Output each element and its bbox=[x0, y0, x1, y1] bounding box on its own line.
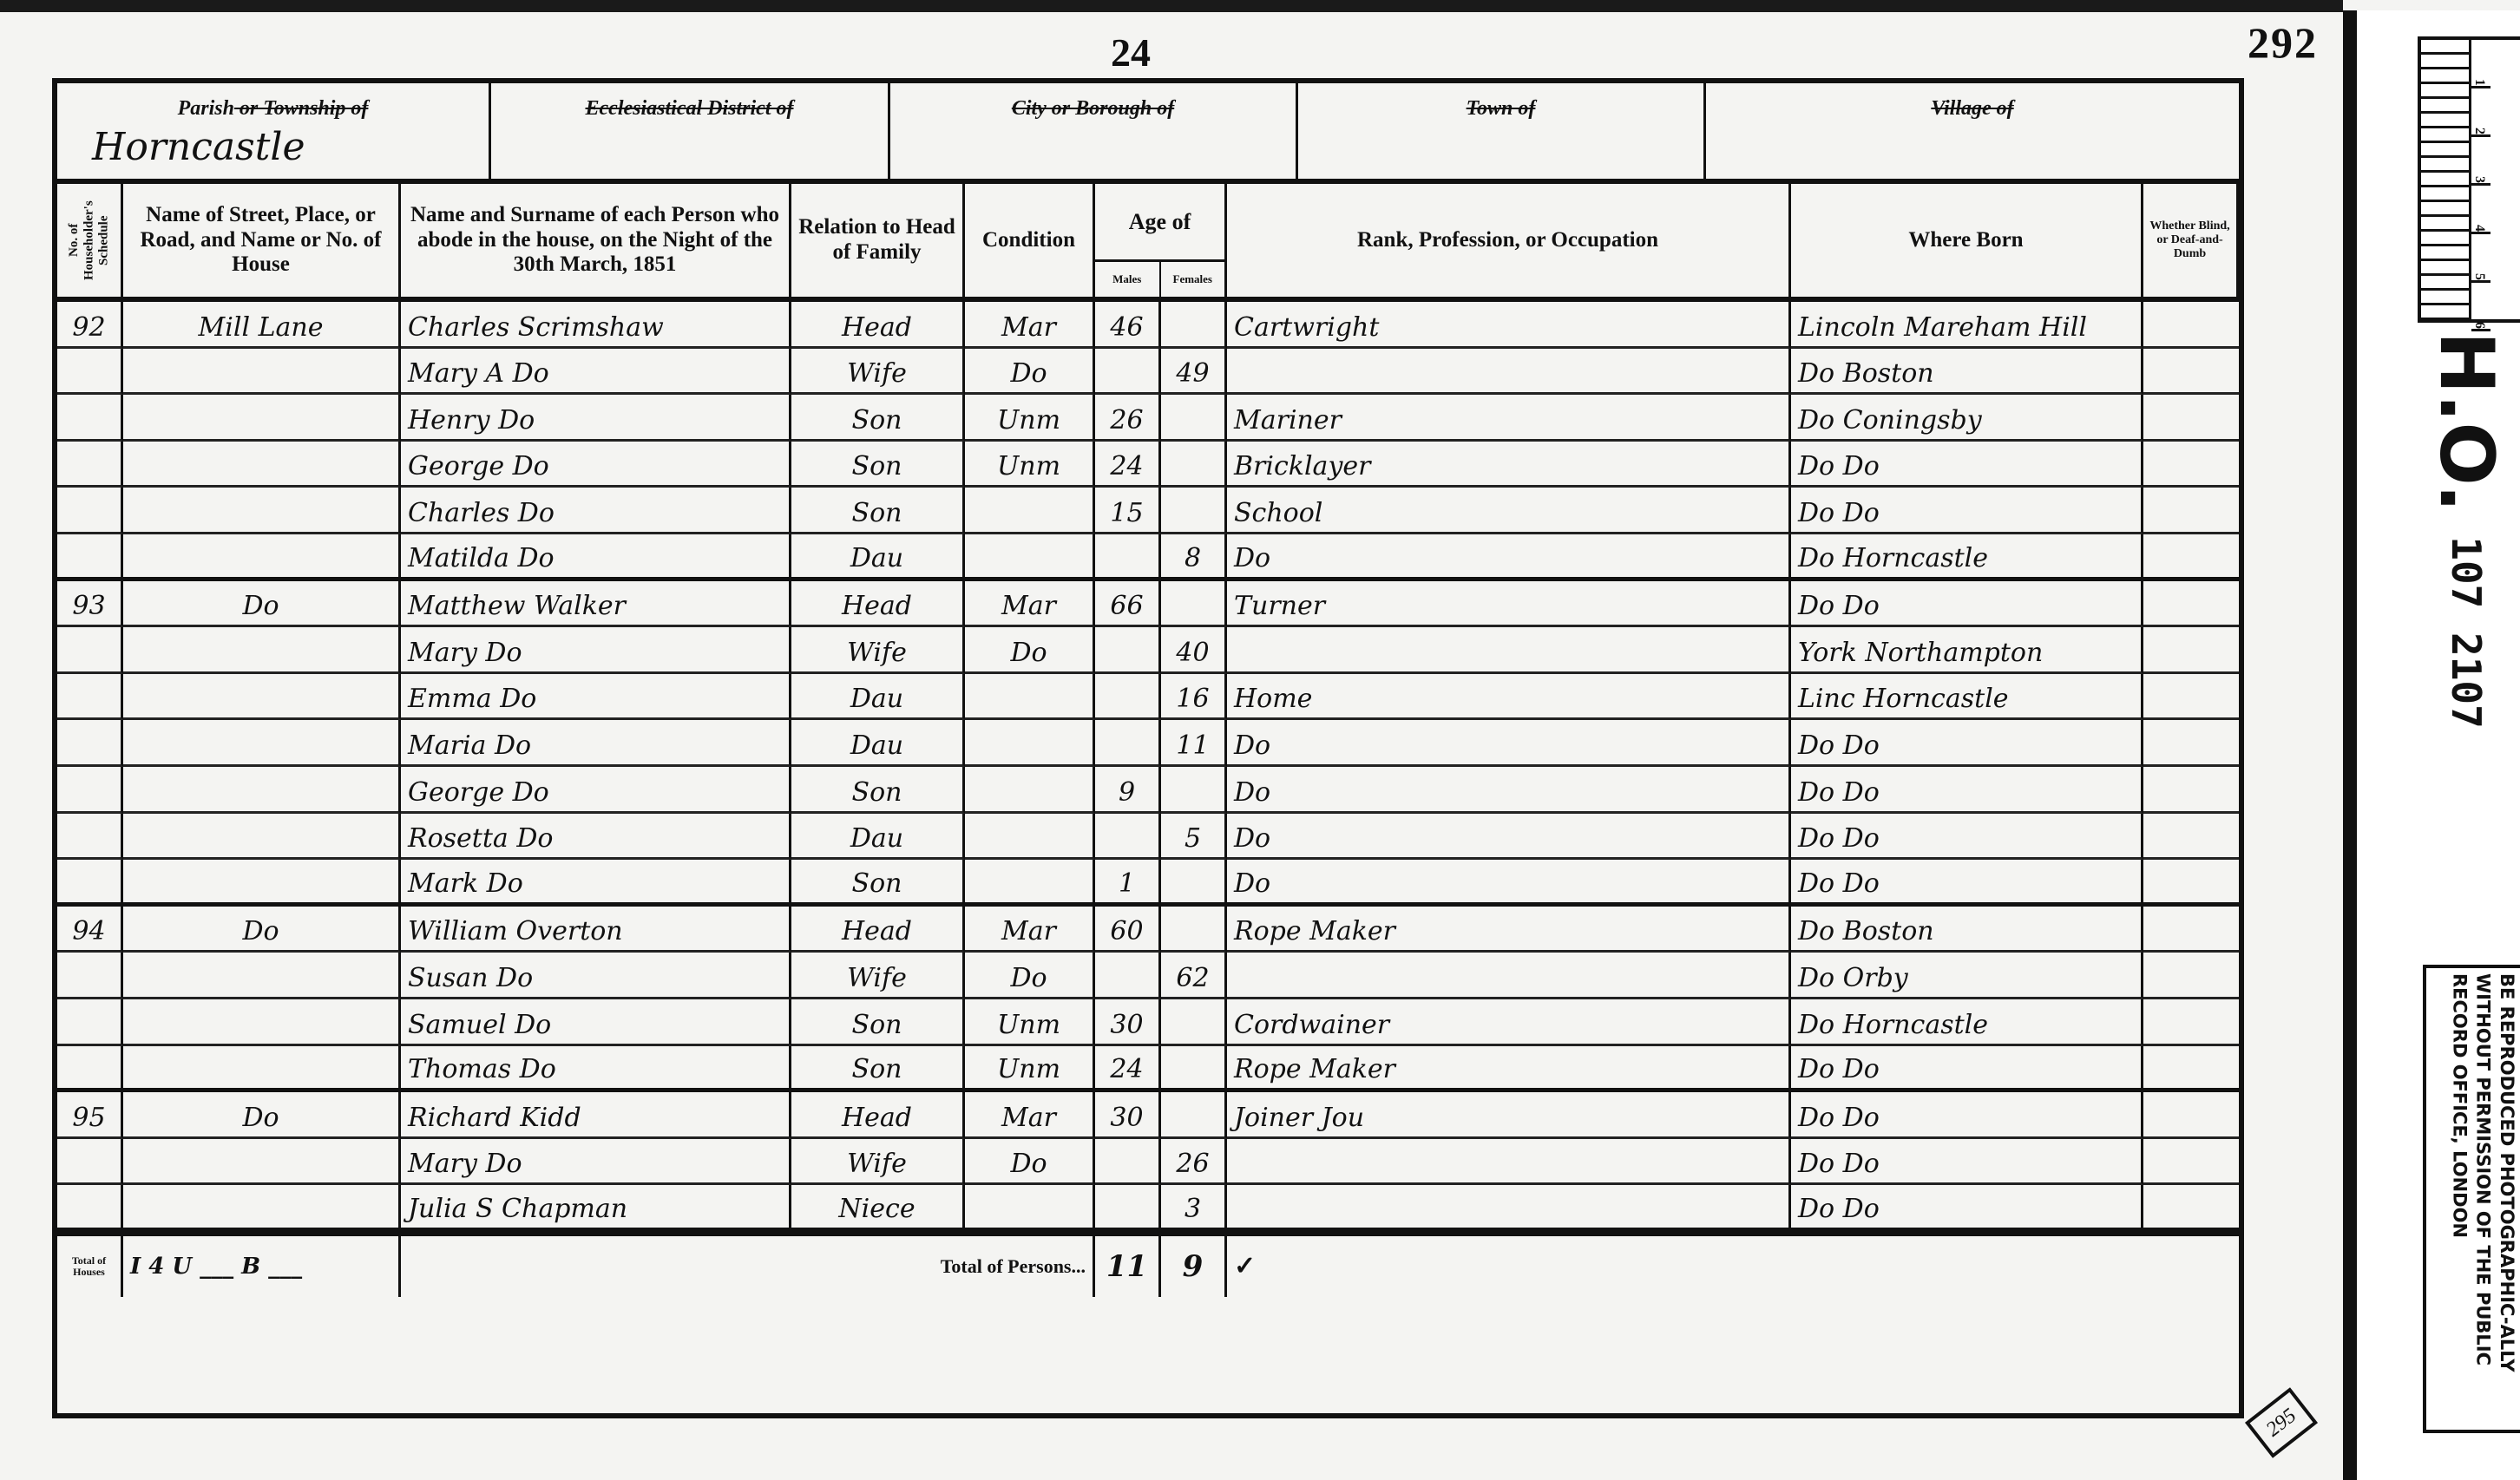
row-street: Mill Lane bbox=[123, 302, 401, 349]
row-schedule bbox=[57, 442, 123, 488]
row-occupation: Do bbox=[1227, 767, 1791, 814]
row-street bbox=[123, 1185, 401, 1232]
row-relation: Son bbox=[791, 442, 965, 488]
row-condition: Do bbox=[965, 349, 1095, 396]
row-condition: Mar bbox=[965, 302, 1095, 349]
row-condition: Do bbox=[965, 627, 1095, 674]
col-age-females-header: Females bbox=[1161, 262, 1225, 297]
row-occupation: Cordwainer bbox=[1227, 999, 1791, 1046]
row-relation: Head bbox=[791, 1092, 965, 1139]
row-relation: Head bbox=[791, 907, 965, 953]
row-occupation bbox=[1227, 627, 1791, 674]
row-occupation: School bbox=[1227, 488, 1791, 534]
row-blind bbox=[2143, 1046, 2239, 1093]
row-blind bbox=[2143, 1139, 2239, 1186]
row-age-female: 16 bbox=[1161, 674, 1227, 721]
row-schedule bbox=[57, 1046, 123, 1093]
row-schedule bbox=[57, 1185, 123, 1232]
row-age-female: 3 bbox=[1161, 1185, 1227, 1232]
row-blind bbox=[2143, 674, 2239, 721]
row-street: Do bbox=[123, 907, 401, 953]
row-name: Matilda Do bbox=[401, 534, 791, 581]
row-schedule bbox=[57, 999, 123, 1046]
ecclesiastical-district-field: Ecclesiastical District of bbox=[491, 83, 890, 179]
row-name: Mary A Do bbox=[401, 349, 791, 396]
row-occupation: Turner bbox=[1227, 581, 1791, 628]
row-blind bbox=[2143, 907, 2239, 953]
row-age-female: 11 bbox=[1161, 720, 1227, 767]
row-condition bbox=[965, 1185, 1095, 1232]
row-street bbox=[123, 953, 401, 999]
row-blind bbox=[2143, 814, 2239, 861]
village-label: Village of bbox=[1706, 97, 2239, 121]
row-blind bbox=[2143, 767, 2239, 814]
town-label: Town of bbox=[1298, 97, 1703, 121]
row-name: Mark Do bbox=[401, 860, 791, 907]
col-age-header: Age of Males Females bbox=[1095, 184, 1227, 302]
row-age-male bbox=[1095, 674, 1161, 721]
scale-ruler: 123456 bbox=[2418, 36, 2520, 323]
row-where-born: Do Do bbox=[1791, 767, 2143, 814]
row-relation: Dau bbox=[791, 720, 965, 767]
total-houses-value: I 4 U ___ B ___ bbox=[123, 1236, 401, 1297]
row-age-female bbox=[1161, 302, 1227, 349]
row-condition bbox=[965, 767, 1095, 814]
row-occupation: Do bbox=[1227, 814, 1791, 861]
row-street bbox=[123, 860, 401, 907]
col-occupation-header: Rank, Profession, or Occupation bbox=[1227, 184, 1791, 302]
row-street bbox=[123, 814, 401, 861]
row-condition: Unm bbox=[965, 999, 1095, 1046]
row-relation: Wife bbox=[791, 627, 965, 674]
row-where-born: Do Do bbox=[1791, 1046, 2143, 1093]
totals-row: Total of Houses I 4 U ___ B ___ Total of… bbox=[57, 1232, 2239, 1297]
folio-number: 292 bbox=[2248, 17, 2318, 68]
row-occupation bbox=[1227, 953, 1791, 999]
row-condition: Mar bbox=[965, 581, 1095, 628]
row-blind bbox=[2143, 1092, 2239, 1139]
row-name: Susan Do bbox=[401, 953, 791, 999]
row-street bbox=[123, 674, 401, 721]
row-blind bbox=[2143, 395, 2239, 442]
row-schedule bbox=[57, 627, 123, 674]
row-condition: Mar bbox=[965, 1092, 1095, 1139]
row-condition bbox=[965, 534, 1095, 581]
row-age-male bbox=[1095, 814, 1161, 861]
row-blind bbox=[2143, 442, 2239, 488]
row-schedule: 94 bbox=[57, 907, 123, 953]
row-condition: Do bbox=[965, 953, 1095, 999]
col-schedule-header: No. of Householder's Schedule bbox=[57, 184, 123, 302]
ruler-mark: 5 bbox=[2471, 234, 2490, 283]
row-condition: Unm bbox=[965, 395, 1095, 442]
census-form: Parish or Township of Horncastle Ecclesi… bbox=[52, 78, 2244, 1418]
archive-reference: H.O. 107 2107 bbox=[2423, 331, 2510, 729]
row-name: George Do bbox=[401, 767, 791, 814]
row-name: Matthew Walker bbox=[401, 581, 791, 628]
row-blind bbox=[2143, 534, 2239, 581]
row-where-born: Do Do bbox=[1791, 814, 2143, 861]
row-blind bbox=[2143, 860, 2239, 907]
row-relation: Dau bbox=[791, 814, 965, 861]
row-name: Mary Do bbox=[401, 1139, 791, 1186]
row-age-male: 1 bbox=[1095, 860, 1161, 907]
ruler-mark: 2 bbox=[2471, 88, 2490, 137]
scan-top-border bbox=[0, 0, 2343, 12]
row-age-male bbox=[1095, 720, 1161, 767]
township-label-struck: or Township of bbox=[234, 97, 369, 120]
row-relation: Wife bbox=[791, 349, 965, 396]
row-where-born: Do Do bbox=[1791, 1092, 2143, 1139]
row-name: Charles Scrimshaw bbox=[401, 302, 791, 349]
row-where-born: Linc Horncastle bbox=[1791, 674, 2143, 721]
row-where-born: Lincoln Mareham Hill bbox=[1791, 302, 2143, 349]
row-schedule bbox=[57, 674, 123, 721]
row-where-born: Do Orby bbox=[1791, 953, 2143, 999]
row-schedule bbox=[57, 953, 123, 999]
row-age-female: 8 bbox=[1161, 534, 1227, 581]
row-blind bbox=[2143, 627, 2239, 674]
row-schedule bbox=[57, 767, 123, 814]
archive-reference-strip: 123456 H.O. 107 2107 BE REPRODUCED PHOTO… bbox=[2343, 10, 2520, 1480]
row-condition: Unm bbox=[965, 442, 1095, 488]
row-occupation: Cartwright bbox=[1227, 302, 1791, 349]
row-occupation bbox=[1227, 1185, 1791, 1232]
ruler-mark: 4 bbox=[2471, 186, 2490, 234]
row-schedule bbox=[57, 488, 123, 534]
row-condition bbox=[965, 674, 1095, 721]
row-condition bbox=[965, 488, 1095, 534]
row-street bbox=[123, 720, 401, 767]
row-blind bbox=[2143, 302, 2239, 349]
row-schedule bbox=[57, 720, 123, 767]
row-name: Samuel Do bbox=[401, 999, 791, 1046]
row-name: Emma Do bbox=[401, 674, 791, 721]
row-occupation: Do bbox=[1227, 860, 1791, 907]
row-name: William Overton bbox=[401, 907, 791, 953]
row-name: Richard Kidd bbox=[401, 1092, 791, 1139]
city-borough-label: City or Borough of bbox=[890, 97, 1296, 121]
row-age-male: 66 bbox=[1095, 581, 1161, 628]
row-age-female bbox=[1161, 581, 1227, 628]
row-age-female: 40 bbox=[1161, 627, 1227, 674]
row-street bbox=[123, 1046, 401, 1093]
row-where-born: Do Do bbox=[1791, 1185, 2143, 1232]
row-occupation bbox=[1227, 1139, 1791, 1186]
row-occupation: Bricklayer bbox=[1227, 442, 1791, 488]
row-where-born: Do Do bbox=[1791, 720, 2143, 767]
town-field: Town of bbox=[1298, 83, 1706, 179]
row-name: Henry Do bbox=[401, 395, 791, 442]
row-condition bbox=[965, 720, 1095, 767]
reference-prefix: H.O. bbox=[2423, 331, 2510, 513]
row-age-female: 49 bbox=[1161, 349, 1227, 396]
row-street bbox=[123, 488, 401, 534]
row-occupation bbox=[1227, 349, 1791, 396]
row-where-born: Do Do bbox=[1791, 442, 2143, 488]
row-blind bbox=[2143, 581, 2239, 628]
reference-numbers: 107 2107 bbox=[2443, 536, 2490, 729]
row-street bbox=[123, 627, 401, 674]
row-occupation: Do bbox=[1227, 534, 1791, 581]
row-relation: Wife bbox=[791, 953, 965, 999]
col-street-header: Name of Street, Place, or Road, and Name… bbox=[123, 184, 401, 302]
row-age-female: 62 bbox=[1161, 953, 1227, 999]
row-relation: Son bbox=[791, 767, 965, 814]
row-age-male bbox=[1095, 953, 1161, 999]
row-street bbox=[123, 395, 401, 442]
row-where-born: Do Coningsby bbox=[1791, 395, 2143, 442]
row-occupation: Do bbox=[1227, 720, 1791, 767]
col-where-born-header: Where Born bbox=[1791, 184, 2143, 302]
row-street bbox=[123, 534, 401, 581]
row-relation: Son bbox=[791, 488, 965, 534]
row-condition: Mar bbox=[965, 907, 1095, 953]
page-number: 24 bbox=[1111, 29, 1151, 75]
totals-check-mark: ✓ bbox=[1227, 1236, 2239, 1297]
row-age-male: 9 bbox=[1095, 767, 1161, 814]
row-age-male bbox=[1095, 1139, 1161, 1186]
row-name: Rosetta Do bbox=[401, 814, 791, 861]
total-houses-label: Total of Houses bbox=[57, 1236, 123, 1297]
row-occupation: Rope Maker bbox=[1227, 1046, 1791, 1093]
row-schedule: 93 bbox=[57, 581, 123, 628]
parish-label: Parish bbox=[178, 97, 234, 120]
row-relation: Son bbox=[791, 999, 965, 1046]
row-schedule: 95 bbox=[57, 1092, 123, 1139]
row-relation: Son bbox=[791, 860, 965, 907]
row-age-male bbox=[1095, 349, 1161, 396]
row-condition: Do bbox=[965, 1139, 1095, 1186]
row-age-male bbox=[1095, 1185, 1161, 1232]
row-blind bbox=[2143, 720, 2239, 767]
village-field: Village of bbox=[1706, 83, 2239, 179]
parish-field: Parish or Township of Horncastle bbox=[57, 83, 491, 179]
folio-stamp: 295 bbox=[2245, 1387, 2318, 1458]
row-where-born: Do Horncastle bbox=[1791, 534, 2143, 581]
row-condition bbox=[965, 860, 1095, 907]
row-schedule bbox=[57, 860, 123, 907]
ruler-mark: 1 bbox=[2471, 40, 2490, 88]
row-occupation: Home bbox=[1227, 674, 1791, 721]
row-where-born: Do Horncastle bbox=[1791, 999, 2143, 1046]
row-where-born: York Northampton bbox=[1791, 627, 2143, 674]
row-blind bbox=[2143, 953, 2239, 999]
row-blind bbox=[2143, 1185, 2239, 1232]
row-age-female bbox=[1161, 395, 1227, 442]
col-name-header: Name and Surname of each Person who abod… bbox=[401, 184, 791, 302]
ruler-mark: 6 bbox=[2471, 283, 2490, 331]
row-occupation: Joiner Jou bbox=[1227, 1092, 1791, 1139]
ecclesiastical-label: Ecclesiastical District of bbox=[491, 97, 888, 121]
row-relation: Dau bbox=[791, 534, 965, 581]
row-relation: Dau bbox=[791, 674, 965, 721]
row-street bbox=[123, 1139, 401, 1186]
row-relation: Niece bbox=[791, 1185, 965, 1232]
row-age-female bbox=[1161, 767, 1227, 814]
copyright-notice: BE REPRODUCED PHOTOGRAPHIC-ALLY WITHOUT … bbox=[2423, 965, 2520, 1433]
row-age-male: 15 bbox=[1095, 488, 1161, 534]
row-name: George Do bbox=[401, 442, 791, 488]
row-where-born: Do Do bbox=[1791, 581, 2143, 628]
row-age-male: 26 bbox=[1095, 395, 1161, 442]
row-condition: Unm bbox=[965, 1046, 1095, 1093]
row-relation: Son bbox=[791, 1046, 965, 1093]
col-age-males-header: Males bbox=[1095, 262, 1161, 297]
ruler-mark: 3 bbox=[2471, 137, 2490, 186]
row-where-born: Do Do bbox=[1791, 860, 2143, 907]
row-schedule bbox=[57, 395, 123, 442]
row-schedule bbox=[57, 814, 123, 861]
row-schedule bbox=[57, 349, 123, 396]
row-name: Mary Do bbox=[401, 627, 791, 674]
row-age-female bbox=[1161, 860, 1227, 907]
row-age-female bbox=[1161, 907, 1227, 953]
row-blind bbox=[2143, 349, 2239, 396]
row-street: Do bbox=[123, 1092, 401, 1139]
row-blind bbox=[2143, 488, 2239, 534]
row-age-male: 30 bbox=[1095, 999, 1161, 1046]
row-name: Julia S Chapman bbox=[401, 1185, 791, 1232]
row-where-born: Do Do bbox=[1791, 488, 2143, 534]
row-age-female: 5 bbox=[1161, 814, 1227, 861]
row-where-born: Do Do bbox=[1791, 1139, 2143, 1186]
row-age-male: 30 bbox=[1095, 1092, 1161, 1139]
row-name: Maria Do bbox=[401, 720, 791, 767]
total-persons-label: Total of Persons... bbox=[401, 1236, 1095, 1297]
row-relation: Son bbox=[791, 395, 965, 442]
row-age-male: 60 bbox=[1095, 907, 1161, 953]
row-age-female: 26 bbox=[1161, 1139, 1227, 1186]
row-schedule bbox=[57, 1139, 123, 1186]
row-street: Do bbox=[123, 581, 401, 628]
row-street bbox=[123, 442, 401, 488]
total-males: 11 bbox=[1095, 1236, 1161, 1297]
row-age-male: 46 bbox=[1095, 302, 1161, 349]
row-age-male bbox=[1095, 534, 1161, 581]
row-street bbox=[123, 999, 401, 1046]
row-relation: Head bbox=[791, 581, 965, 628]
row-where-born: Do Boston bbox=[1791, 349, 2143, 396]
row-occupation: Mariner bbox=[1227, 395, 1791, 442]
row-where-born: Do Boston bbox=[1791, 907, 2143, 953]
total-females: 9 bbox=[1161, 1236, 1227, 1297]
row-condition bbox=[965, 814, 1095, 861]
row-age-male bbox=[1095, 627, 1161, 674]
row-street bbox=[123, 349, 401, 396]
row-schedule: 92 bbox=[57, 302, 123, 349]
row-street bbox=[123, 767, 401, 814]
row-schedule bbox=[57, 534, 123, 581]
col-relation-header: Relation to Head of Family bbox=[791, 184, 965, 302]
row-age-female bbox=[1161, 488, 1227, 534]
row-age-male: 24 bbox=[1095, 1046, 1161, 1093]
row-occupation: Rope Maker bbox=[1227, 907, 1791, 953]
col-blind-header: Whether Blind, or Deaf-and-Dumb bbox=[2143, 184, 2239, 302]
col-condition-header: Condition bbox=[965, 184, 1095, 302]
census-table: No. of Householder's Schedule Name of St… bbox=[57, 184, 2239, 1232]
row-age-male: 24 bbox=[1095, 442, 1161, 488]
city-borough-field: City or Borough of bbox=[890, 83, 1298, 179]
row-name: Thomas Do bbox=[401, 1046, 791, 1093]
row-age-female bbox=[1161, 1092, 1227, 1139]
row-relation: Head bbox=[791, 302, 965, 349]
row-age-female bbox=[1161, 442, 1227, 488]
location-header-row: Parish or Township of Horncastle Ecclesi… bbox=[57, 83, 2239, 184]
row-age-female bbox=[1161, 1046, 1227, 1093]
row-age-female bbox=[1161, 999, 1227, 1046]
row-name: Charles Do bbox=[401, 488, 791, 534]
row-blind bbox=[2143, 999, 2239, 1046]
row-relation: Wife bbox=[791, 1139, 965, 1186]
parish-value: Horncastle bbox=[92, 125, 305, 169]
